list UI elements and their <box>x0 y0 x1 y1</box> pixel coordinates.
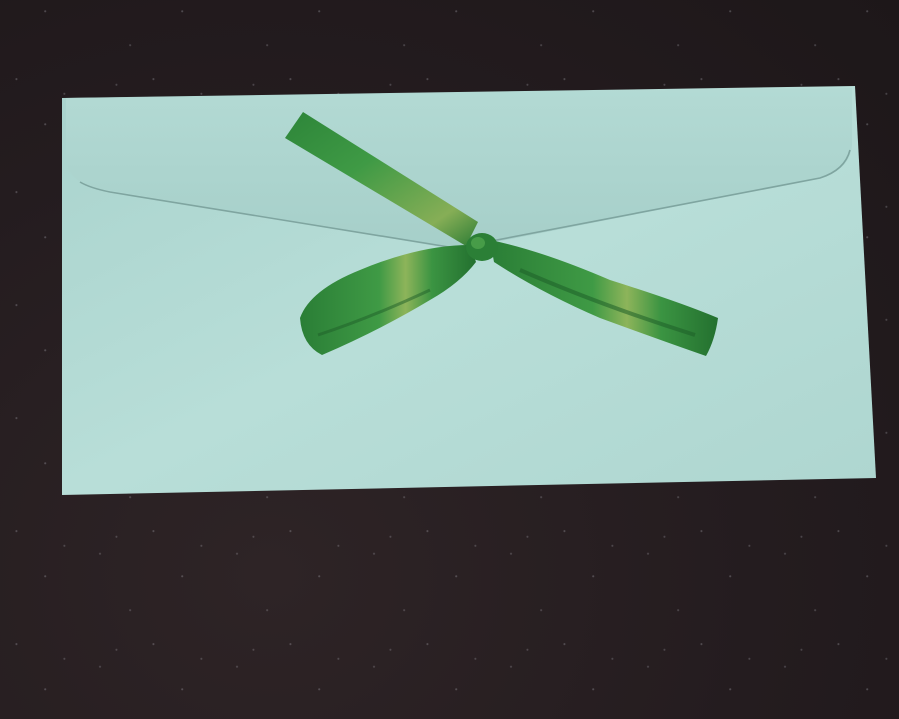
photo-scene <box>0 0 899 719</box>
ribbon-knot-highlight <box>471 237 485 249</box>
envelope <box>0 0 899 719</box>
